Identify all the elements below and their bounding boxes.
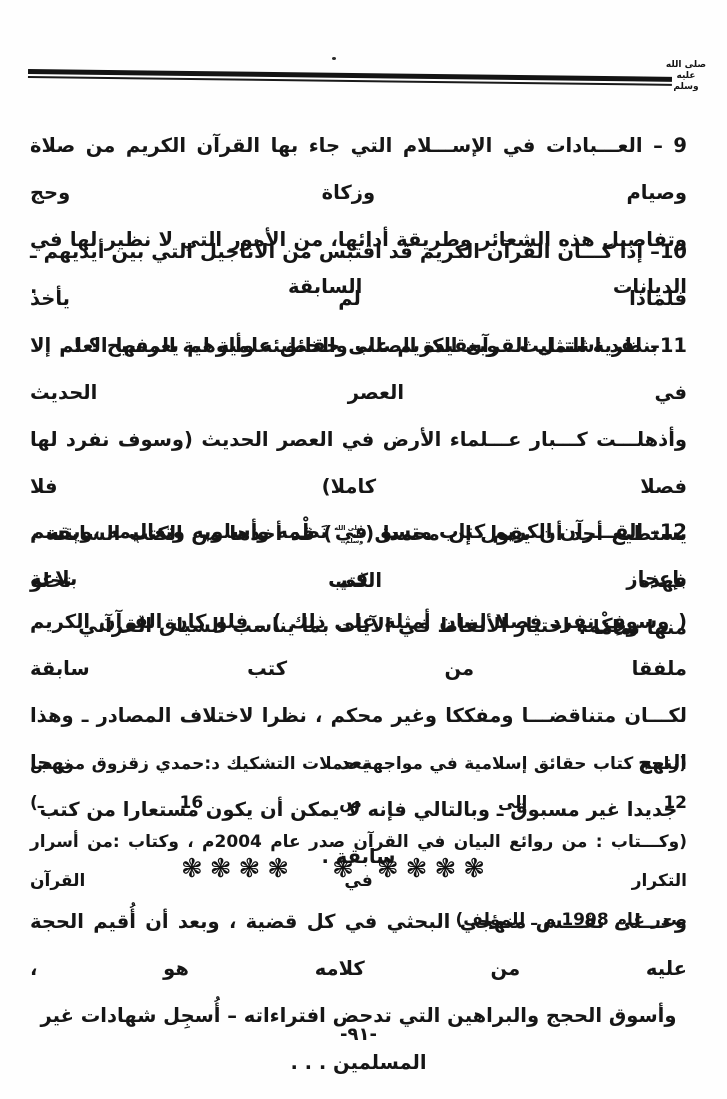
ornament-group: ❃❃❃❃: [181, 854, 296, 884]
text-line: 11– لقد اشتمل القرآن الكريم على حقائق عل…: [30, 322, 687, 416]
page-body: 9 – العـــبادات في الإســـلام التي جاء ب…: [30, 0, 687, 1099]
closing-paragraph: وعـــلى نفـــس منهجي البحثي في كل قضية ،…: [30, 898, 687, 1086]
text-line: وأذهلـــت كـــبار عـــلماء الأرض في العص…: [30, 416, 687, 510]
text-line: 12– القـــرآن الكريم كتاب متسق في نَظْمه…: [30, 508, 687, 602]
text-line: 10– إذا كـــان القرآن الكريم قد اقتبس من…: [30, 228, 687, 322]
text-line: 9 – العـــبادات في الإســـلام التي جاء ب…: [30, 122, 687, 216]
ornament-row: ❃❃❃❃❃❃❃❃❃: [8, 854, 665, 884]
text-line: ( وسوف نفرد فصلا لبيان أمثلة على ذلك ) ـ…: [30, 598, 687, 692]
page: صلى اللهعليهوسلم 9 – العـــبادات في الإس…: [0, 0, 727, 1099]
ornament-group: ❃❃❃❃: [377, 854, 492, 884]
text-line: وعـــلى نفـــس منهجي البحثي في كل قضية ،…: [30, 898, 687, 992]
text-line: (راجع كتاب حقائق إسلامية في مواجهة حملات…: [30, 745, 687, 823]
ornament-group: ❃: [332, 854, 361, 884]
page-number: -٩١-: [30, 1024, 687, 1045]
